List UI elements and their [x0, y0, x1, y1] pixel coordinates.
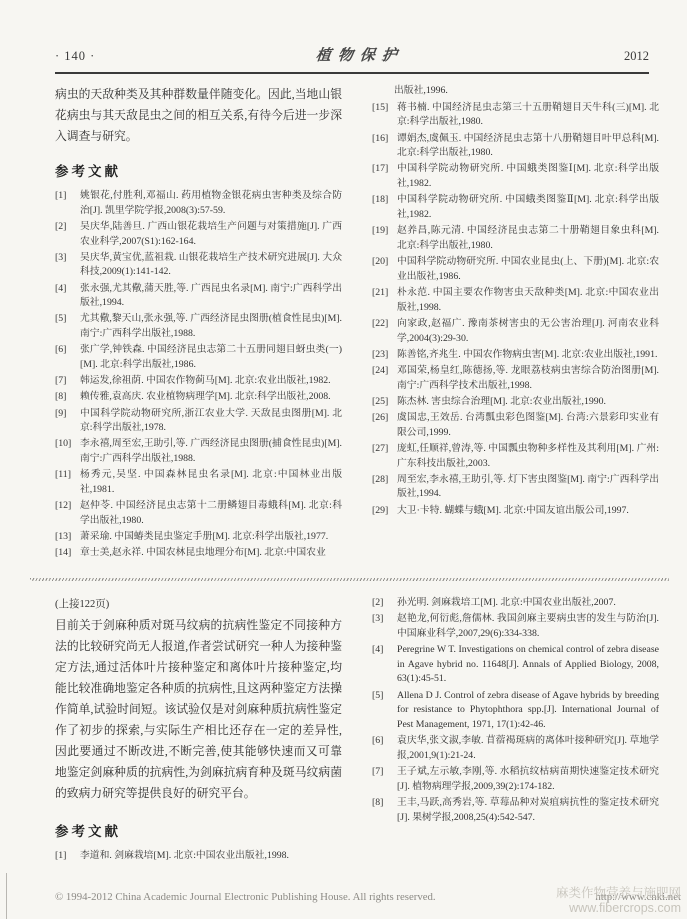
- reference-item: [6] 张广学,钟铁森. 中国经济昆虫志第二十五册同翅目蚜虫类(一)[M]. 北…: [55, 343, 342, 372]
- reference-item: [2] 吴庆华,陆善旦. 广西山银花栽培生产问题与对策措施[J]. 广西农业科学…: [55, 220, 342, 249]
- reference-item: [24] 邓国荣,杨皇红,陈德扬,等. 龙眼荔枝病虫害综合防治图册[M]. 南宁…: [372, 364, 659, 393]
- reference-item: [29] 大卫·卡特. 蝴蝶与蛾[M]. 北京:中国友谊出版公司,1997.: [372, 504, 659, 519]
- reference-text: Peregrine W T. Investigations on chemica…: [397, 643, 659, 687]
- reference-item: [8] 王丰,马跃,高秀岩,等. 草莓品种对炭疽病抗性的鉴定技术研究[J]. 果…: [372, 796, 659, 825]
- site-watermark: 麻类作物营养与施肥网 www.fibercrops.com: [556, 886, 681, 917]
- reference-text: 杨秀元,吴坚. 中国森林昆虫名录[M]. 北京:中国林业出版社,1981.: [80, 468, 342, 497]
- reference-number: [20]: [372, 255, 397, 284]
- reference-text: 李道和. 剑麻栽培[M]. 北京:中国农业出版社,1998.: [80, 849, 342, 864]
- article2-left-column: (上接122页) 目前关于剑麻种质对斑马纹病的抗病性鉴定不同接种方法的比较研究尚…: [55, 596, 342, 865]
- reference-item: [9] 中国科学院动物研究所,浙江农业大学. 天敌昆虫图册[M]. 北京:科学出…: [55, 407, 342, 436]
- reference-item: [17] 中国科学院动物研究所. 中国蛾类图鉴Ⅰ[M]. 北京:科学出版社,19…: [372, 162, 659, 191]
- reference-number: [24]: [372, 364, 397, 393]
- reference-number: [18]: [372, 193, 397, 222]
- reference-text: 中国科学院动物研究所. 中国蛾类图鉴Ⅰ[M]. 北京:科学出版社,1982.: [397, 162, 659, 191]
- reference-number: [29]: [372, 504, 397, 519]
- reference-text: 张永强,尤其儆,蒲天胜,等. 广西昆虫名录[M]. 南宁:广西科学出版社,199…: [80, 282, 342, 311]
- reference-number: [6]: [55, 343, 80, 372]
- reference-number: [4]: [55, 282, 80, 311]
- reference-text: 孙光明. 剑麻栽培工[M]. 北京:中国农业出版社,2007.: [397, 596, 659, 611]
- page-header: · 140 · 植物保护 2012: [55, 44, 649, 74]
- reference-text: 章士美,赵永祥. 中国农林昆虫地理分布[M]. 北京:中国农业: [80, 546, 342, 561]
- reference-number: [1]: [55, 189, 80, 218]
- reference-item: [18] 中国科学院动物研究所. 中国蛾类图鉴Ⅱ[M]. 北京:科学出版社,19…: [372, 193, 659, 222]
- reference-text: 周至宏,李永禧,王助引,等. 灯下害虫图鉴[M]. 南宁:广西科学出版社,199…: [397, 473, 659, 502]
- reference-text: 中国科学院动物研究所. 中国蛾类图鉴Ⅱ[M]. 北京:科学出版社,1982.: [397, 193, 659, 222]
- reference-item: [4] Peregrine W T. Investigations on che…: [372, 643, 659, 687]
- reference-text: 赵养昌,陈元清. 中国经济昆虫志第二十册鞘翅目象虫科[M]. 北京:科学出版社,…: [397, 224, 659, 253]
- reference-number: [3]: [372, 612, 397, 641]
- reference-number: [26]: [372, 411, 397, 440]
- reference-text: 李永禧,周至宏,王助引,等. 广西经济昆虫图册(捕食性昆虫)[M]. 南宁:广西…: [80, 437, 342, 466]
- reference-number: [6]: [372, 734, 397, 763]
- reference-item: [13] 萧采瑜. 中国蝽类昆虫鉴定手册[M]. 北京:科学出版社,1977.: [55, 530, 342, 545]
- reference-number: [21]: [372, 286, 397, 315]
- reference-number: [8]: [55, 390, 80, 405]
- reference-item: [6] 袁庆华,张文淑,李敏. 苜蓿褐斑病的离体叶接种研究[J]. 草地学报,2…: [372, 734, 659, 763]
- reference-item: [23] 陈善铭,齐兆生. 中国农作物病虫害[M]. 北京:农业出版社,1991…: [372, 348, 659, 363]
- reference-item: [12] 赵仲苓. 中国经济昆虫志第十二册鳞翅目毒蛾科[M]. 北京:科学出版社…: [55, 499, 342, 528]
- article1-left-column: 病虫的天敌种类及其种群数量伴随变化。因此,当地山银花病虫与其天敌昆虫之间的相互关…: [55, 84, 342, 562]
- reference-number: [5]: [372, 689, 397, 733]
- reference-text: 王丰,马跃,高秀岩,等. 草莓品种对炭疽病抗性的鉴定技术研究[J]. 果树学报,…: [397, 796, 659, 825]
- reference-text: 蒋书楠. 中国经济昆虫志第三十五册鞘翅目天牛科(三)[M]. 北京:科学出版社,…: [397, 101, 659, 130]
- reference-item: [16] 谭娟杰,虞佩玉. 中国经济昆虫志第十八册鞘翅目叶甲总科[M]. 北京:…: [372, 132, 659, 161]
- continued-from-note: (上接122页): [55, 596, 342, 611]
- article1-references-left: [1] 姚银花,付胜利,邓福山. 药用植物金银花病虫害种类及综合防治[J]. 凯…: [55, 189, 342, 561]
- reference-text: 赵艳龙,何衍彪,詹儒林. 我国剑麻主要病虫害的发生与防治[J]. 中国麻业科学,…: [397, 612, 659, 641]
- reference-text: 陈杰林. 害虫综合治理[M]. 北京:农业出版社,1990.: [397, 395, 659, 410]
- copyright-text: © 1994-2012 China Academic Journal Elect…: [55, 891, 436, 903]
- reference-text: 赵仲苓. 中国经济昆虫志第十二册鳞翅目毒蛾科[M]. 北京:科学出版社,1980…: [80, 499, 342, 528]
- reference-item: [8] 赖传雅,袁高庆. 农业植物病理学[M]. 北京:科学出版社,2008.: [55, 390, 342, 405]
- reference-number: [19]: [372, 224, 397, 253]
- reference-item: [7] 韩运发,徐祖荫. 中国农作物蓟马[M]. 北京:农业出版社,1982.: [55, 374, 342, 389]
- reference-item: [7] 王子斌,左示敏,李刚,等. 水稻抗纹枯病苗期快速鉴定技术研究[J]. 植…: [372, 765, 659, 794]
- article2-columns: (上接122页) 目前关于剑麻种质对斑马纹病的抗病性鉴定不同接种方法的比较研究尚…: [55, 596, 659, 865]
- watermark-site-name: 麻类作物营养与施肥网: [556, 886, 681, 902]
- reference-item: [1] 李道和. 剑麻栽培[M]. 北京:中国农业出版社,1998.: [55, 849, 342, 864]
- section-divider: [30, 578, 669, 581]
- reference-item: [19] 赵养昌,陈元清. 中国经济昆虫志第二十册鞘翅目象虫科[M]. 北京:科…: [372, 224, 659, 253]
- reference-number: [2]: [372, 596, 397, 611]
- reference-text: 谭娟杰,虞佩玉. 中国经济昆虫志第十八册鞘翅目叶甲总科[M]. 北京:科学出版社…: [397, 132, 659, 161]
- reference-number: [1]: [55, 849, 80, 864]
- reference-number: [25]: [372, 395, 397, 410]
- reference-text: 萧采瑜. 中国蝽类昆虫鉴定手册[M]. 北京:科学出版社,1977.: [80, 530, 342, 545]
- reference-text: 韩运发,徐祖荫. 中国农作物蓟马[M]. 北京:农业出版社,1982.: [80, 374, 342, 389]
- reference-number: [14]: [55, 546, 80, 561]
- reference-text: Allena D J. Control of zebra disease of …: [397, 689, 659, 733]
- reference-item: [4] 张永强,尤其儆,蒲天胜,等. 广西昆虫名录[M]. 南宁:广西科学出版社…: [55, 282, 342, 311]
- reference-overflow-text: 出版社,1996.: [394, 84, 659, 99]
- reference-number: [3]: [55, 251, 80, 280]
- reference-item: [3] 吴庆华,黄宝优,蓝祖栽. 山银花栽培生产技术研究进展[J]. 大众科技,…: [55, 251, 342, 280]
- article1-references-right: [15] 蒋书楠. 中国经济昆虫志第三十五册鞘翅目天牛科(三)[M]. 北京:科…: [372, 101, 659, 519]
- page-number: · 140 ·: [55, 49, 95, 64]
- reference-text: 张广学,钟铁森. 中国经济昆虫志第二十五册同翅目蚜虫类(一)[M]. 北京:科学…: [80, 343, 342, 372]
- scan-edge-artifact: [6, 873, 7, 919]
- article2-references-heading: 参考文献: [55, 820, 342, 840]
- reference-number: [11]: [55, 468, 80, 497]
- reference-number: [28]: [372, 473, 397, 502]
- reference-number: [7]: [372, 765, 397, 794]
- reference-item: [22] 向家政,赵福广. 豫南茶树害虫的无公害治理[J]. 河南农业科学,20…: [372, 317, 659, 346]
- reference-number: [16]: [372, 132, 397, 161]
- reference-number: [2]: [55, 220, 80, 249]
- journal-title: 植物保护: [315, 44, 405, 65]
- reference-number: [27]: [372, 442, 397, 471]
- reference-item: [5] 尤其儆,黎天山,张永强,等. 广西经济昆虫图册(植食性昆虫)[M]. 南…: [55, 312, 342, 341]
- reference-number: [22]: [372, 317, 397, 346]
- article2-references-left: [1] 李道和. 剑麻栽培[M]. 北京:中国农业出版社,1998.: [55, 849, 342, 864]
- reference-number: [8]: [372, 796, 397, 825]
- article2-paragraph: 目前关于剑麻种质对斑马纹病的抗病性鉴定不同接种方法的比较研究尚无人报道,作者尝试…: [55, 615, 342, 804]
- reference-number: [7]: [55, 374, 80, 389]
- reference-number: [4]: [372, 643, 397, 687]
- article1-references-heading: 参考文献: [55, 160, 342, 180]
- reference-number: [12]: [55, 499, 80, 528]
- reference-text: 尤其儆,黎天山,张永强,等. 广西经济昆虫图册(植食性昆虫)[M]. 南宁:广西…: [80, 312, 342, 341]
- article2-right-column: [2] 孙光明. 剑麻栽培工[M]. 北京:中国农业出版社,2007. [3] …: [372, 596, 659, 827]
- reference-text: 吴庆华,黄宝优,蓝祖栽. 山银花栽培生产技术研究进展[J]. 大众科技,2009…: [80, 251, 342, 280]
- reference-item: [20] 中国科学院动物研究所. 中国农业昆虫(上、下册)[M]. 北京:农业出…: [372, 255, 659, 284]
- reference-text: 陈善铭,齐兆生. 中国农作物病虫害[M]. 北京:农业出版社,1991.: [397, 348, 659, 363]
- article1-closing-paragraph: 病虫的天敌种类及其种群数量伴随变化。因此,当地山银花病虫与其天敌昆虫之间的相互关…: [55, 84, 342, 147]
- reference-text: 虞国忠,王效岳. 台湾瓢虫彩色图鉴[M]. 台湾:六景彩印实业有限公司,1999…: [397, 411, 659, 440]
- reference-text: 吴庆华,陆善旦. 广西山银花栽培生产问题与对策措施[J]. 广西农业科学,200…: [80, 220, 342, 249]
- reference-item: [1] 姚银花,付胜利,邓福山. 药用植物金银花病虫害种类及综合防治[J]. 凯…: [55, 189, 342, 218]
- reference-text: 中国科学院动物研究所. 中国农业昆虫(上、下册)[M]. 北京:农业出版社,19…: [397, 255, 659, 284]
- reference-text: 姚银花,付胜利,邓福山. 药用植物金银花病虫害种类及综合防治[J]. 凯里学院学…: [80, 189, 342, 218]
- reference-text: 庞虹,任顺祥,曾涛,等. 中国瓢虫物种多样性及其利用[M]. 广州:广东科技出版…: [397, 442, 659, 471]
- reference-item: [28] 周至宏,李永禧,王助引,等. 灯下害虫图鉴[M]. 南宁:广西科学出版…: [372, 473, 659, 502]
- reference-number: [17]: [372, 162, 397, 191]
- reference-text: 邓国荣,杨皇红,陈德扬,等. 龙眼荔枝病虫害综合防治图册[M]. 南宁:广西科学…: [397, 364, 659, 393]
- reference-item: [25] 陈杰林. 害虫综合治理[M]. 北京:农业出版社,1990.: [372, 395, 659, 410]
- article1-columns: 病虫的天敌种类及其种群数量伴随变化。因此,当地山银花病虫与其天敌昆虫之间的相互关…: [55, 84, 659, 562]
- reference-number: [10]: [55, 437, 80, 466]
- reference-item: [3] 赵艳龙,何衍彪,詹儒林. 我国剑麻主要病虫害的发生与防治[J]. 中国麻…: [372, 612, 659, 641]
- reference-item: [10] 李永禧,周至宏,王助引,等. 广西经济昆虫图册(捕食性昆虫)[M]. …: [55, 437, 342, 466]
- reference-item: [21] 朴永范. 中国主要农作物害虫天敌种类[M]. 北京:中国农业出版社,1…: [372, 286, 659, 315]
- reference-text: 向家政,赵福广. 豫南茶树害虫的无公害治理[J]. 河南农业科学,2004(3)…: [397, 317, 659, 346]
- reference-text: 大卫·卡特. 蝴蝶与蛾[M]. 北京:中国友谊出版公司,1997.: [397, 504, 659, 519]
- reference-text: 袁庆华,张文淑,李敏. 苜蓿褐斑病的离体叶接种研究[J]. 草地学报,2001,…: [397, 734, 659, 763]
- reference-text: 王子斌,左示敏,李刚,等. 水稻抗纹枯病苗期快速鉴定技术研究[J]. 植物病理学…: [397, 765, 659, 794]
- reference-item: [26] 虞国忠,王效岳. 台湾瓢虫彩色图鉴[M]. 台湾:六景彩印实业有限公司…: [372, 411, 659, 440]
- reference-item: [5] Allena D J. Control of zebra disease…: [372, 689, 659, 733]
- reference-number: [13]: [55, 530, 80, 545]
- reference-text: 朴永范. 中国主要农作物害虫天敌种类[M]. 北京:中国农业出版社,1998.: [397, 286, 659, 315]
- reference-item: [15] 蒋书楠. 中国经济昆虫志第三十五册鞘翅目天牛科(三)[M]. 北京:科…: [372, 101, 659, 130]
- journal-page: · 140 · 植物保护 2012 病虫的天敌种类及其种群数量伴随变化。因此,当…: [0, 0, 687, 919]
- watermark-site-url: www.fibercrops.com: [556, 901, 681, 917]
- reference-text: 中国科学院动物研究所,浙江农业大学. 天敌昆虫图册[M]. 北京:科学出版社,1…: [80, 407, 342, 436]
- reference-number: [5]: [55, 312, 80, 341]
- publication-year: 2012: [624, 49, 649, 64]
- reference-number: [15]: [372, 101, 397, 130]
- article1-right-column: 出版社,1996. [15] 蒋书楠. 中国经济昆虫志第三十五册鞘翅目天牛科(三…: [372, 84, 659, 520]
- article2-references-right: [2] 孙光明. 剑麻栽培工[M]. 北京:中国农业出版社,2007. [3] …: [372, 596, 659, 825]
- reference-item: [14] 章士美,赵永祥. 中国农林昆虫地理分布[M]. 北京:中国农业: [55, 546, 342, 561]
- reference-item: [11] 杨秀元,吴坚. 中国森林昆虫名录[M]. 北京:中国林业出版社,198…: [55, 468, 342, 497]
- reference-item: [27] 庞虹,任顺祥,曾涛,等. 中国瓢虫物种多样性及其利用[M]. 广州:广…: [372, 442, 659, 471]
- reference-number: [23]: [372, 348, 397, 363]
- reference-item: [2] 孙光明. 剑麻栽培工[M]. 北京:中国农业出版社,2007.: [372, 596, 659, 611]
- reference-number: [9]: [55, 407, 80, 436]
- reference-text: 赖传雅,袁高庆. 农业植物病理学[M]. 北京:科学出版社,2008.: [80, 390, 342, 405]
